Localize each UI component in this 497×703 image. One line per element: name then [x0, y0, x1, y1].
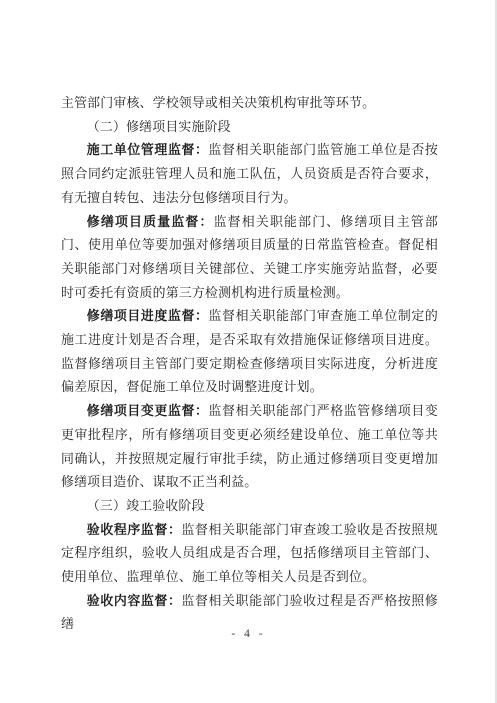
paragraph-lead: 修缮项目变更监督：	[87, 404, 209, 418]
paragraph: 验收程序监督：监督相关职能部门审查竣工验收是否按照规定程序组织，验收人员组成是否…	[61, 519, 438, 590]
section-heading-text: （三）竣工验收阶段	[87, 499, 205, 513]
paragraph: 主管部门审核、学校领导或相关决策机构审批等环节。	[61, 92, 438, 116]
paragraph: 修缮项目进度监督：监督相关职能部门审查施工单位制定的施工进度计划是否合理，是否采…	[61, 305, 438, 400]
page-number: - 4 -	[0, 628, 497, 640]
paragraph-text: 主管部门审核、学校领导或相关决策机构审批等环节。	[61, 96, 375, 110]
paragraph-lead: 验收内容监督：	[87, 594, 182, 608]
paragraph: 修缮项目变更监督：监督相关职能部门严格监管修缮项目变更审批程序，所有修缮项目变更…	[61, 400, 438, 495]
section-heading: （三）竣工验收阶段	[61, 495, 438, 519]
document-body: 主管部门审核、学校领导或相关决策机构审批等环节。 （二）修缮项目实施阶段 施工单…	[61, 92, 438, 637]
section-heading: （二）修缮项目实施阶段	[61, 116, 438, 140]
paragraph: 施工单位管理监督：监督相关职能部门监管施工单位是否按照合同约定派驻管理人员和施工…	[61, 139, 438, 210]
paragraph-lead: 施工单位管理监督：	[87, 143, 209, 157]
paragraph-lead: 修缮项目质量监督：	[87, 215, 214, 229]
paragraph: 修缮项目质量监督：监督相关职能部门、修缮项目主管部门、使用单位等要加强对修缮项目…	[61, 211, 438, 306]
document-page: 主管部门审核、学校领导或相关决策机构审批等环节。 （二）修缮项目实施阶段 施工单…	[0, 0, 497, 703]
section-heading-text: （二）修缮项目实施阶段	[87, 120, 231, 134]
paragraph-lead: 修缮项目进度监督：	[87, 309, 209, 323]
paragraph-lead: 验收程序监督：	[87, 523, 182, 537]
